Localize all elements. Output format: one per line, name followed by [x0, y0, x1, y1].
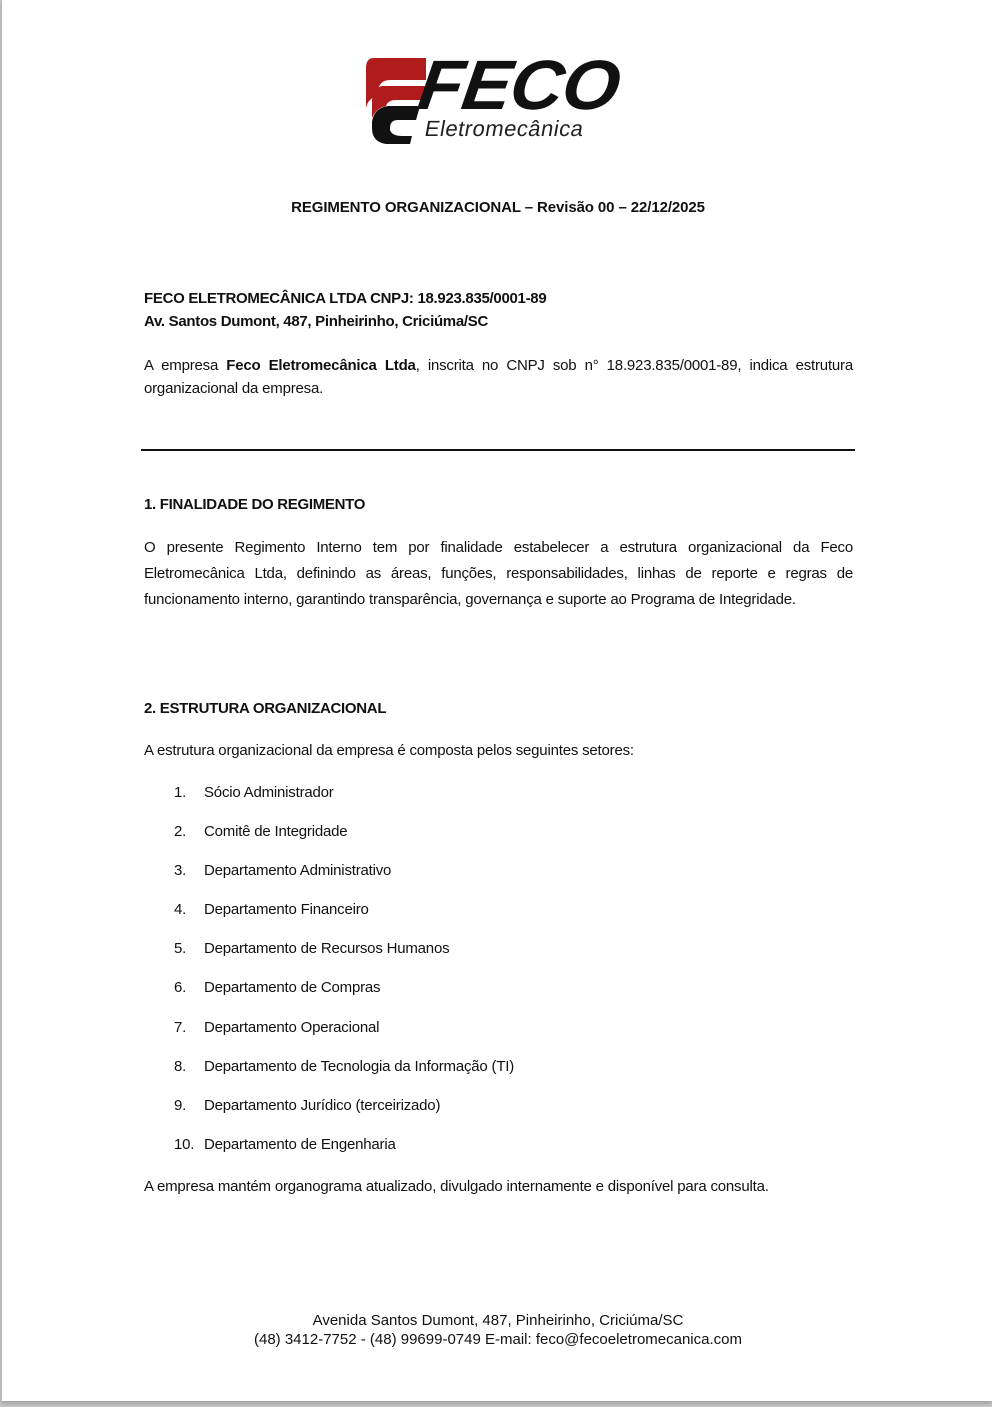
section-2-closing: A empresa mantém organograma atualizado,… [144, 1175, 853, 1198]
document-title: REGIMENTO ORGANIZACIONAL – Revisão 00 – … [2, 199, 992, 216]
sectors-list: 1.Sócio Administrador 2.Comitê de Integr… [174, 784, 514, 1175]
section-1-body: O presente Regimento Interno tem por fin… [144, 535, 853, 613]
section-2-title: 2. ESTRUTURA ORGANIZACIONAL [144, 700, 853, 717]
intro-prefix: A empresa [144, 357, 226, 374]
document-page: FECO Eletromecânica REGIMENTO ORGANIZACI… [1, 0, 992, 1401]
list-item: 2.Comitê de Integridade [174, 823, 514, 862]
list-item: 1.Sócio Administrador [174, 784, 514, 823]
section-1-title: 1. FINALIDADE DO REGIMENTO [144, 496, 853, 513]
list-item: 4.Departamento Financeiro [174, 901, 514, 940]
list-item: 6.Departamento de Compras [174, 979, 514, 1018]
page-footer: Avenida Santos Dumont, 487, Pinheirinho,… [2, 1311, 992, 1349]
company-header: FECO ELETROMECÂNICA LTDA CNPJ: 18.923.83… [144, 287, 853, 333]
list-item: 8.Departamento de Tecnologia da Informaç… [174, 1058, 514, 1097]
list-item: 10.Departamento de Engenharia [174, 1136, 514, 1175]
list-item: 9.Departamento Jurídico (terceirizado) [174, 1097, 514, 1136]
list-item: 7.Departamento Operacional [174, 1019, 514, 1058]
list-item: 5.Departamento de Recursos Humanos [174, 940, 514, 979]
company-address-line: Av. Santos Dumont, 487, Pinheirinho, Cri… [144, 310, 853, 333]
company-cnpj-line: FECO ELETROMECÂNICA LTDA CNPJ: 18.923.83… [144, 287, 853, 310]
intro-paragraph: A empresa Feco Eletromecânica Ltda, insc… [144, 354, 853, 400]
section-2-intro: A estrutura organizacional da empresa é … [144, 742, 853, 759]
company-logo: FECO Eletromecânica [366, 56, 632, 148]
footer-contact: (48) 3412-7752 - (48) 99699-0749 E-mail:… [2, 1330, 992, 1349]
logo-subtitle: Eletromecânica [423, 118, 586, 140]
horizontal-divider [141, 449, 855, 451]
footer-address: Avenida Santos Dumont, 487, Pinheirinho,… [2, 1311, 992, 1330]
intro-company-name: Feco Eletromecânica Ltda [226, 357, 415, 374]
list-item: 3.Departamento Administrativo [174, 862, 514, 901]
logo-brand-text: FECO [414, 50, 624, 120]
